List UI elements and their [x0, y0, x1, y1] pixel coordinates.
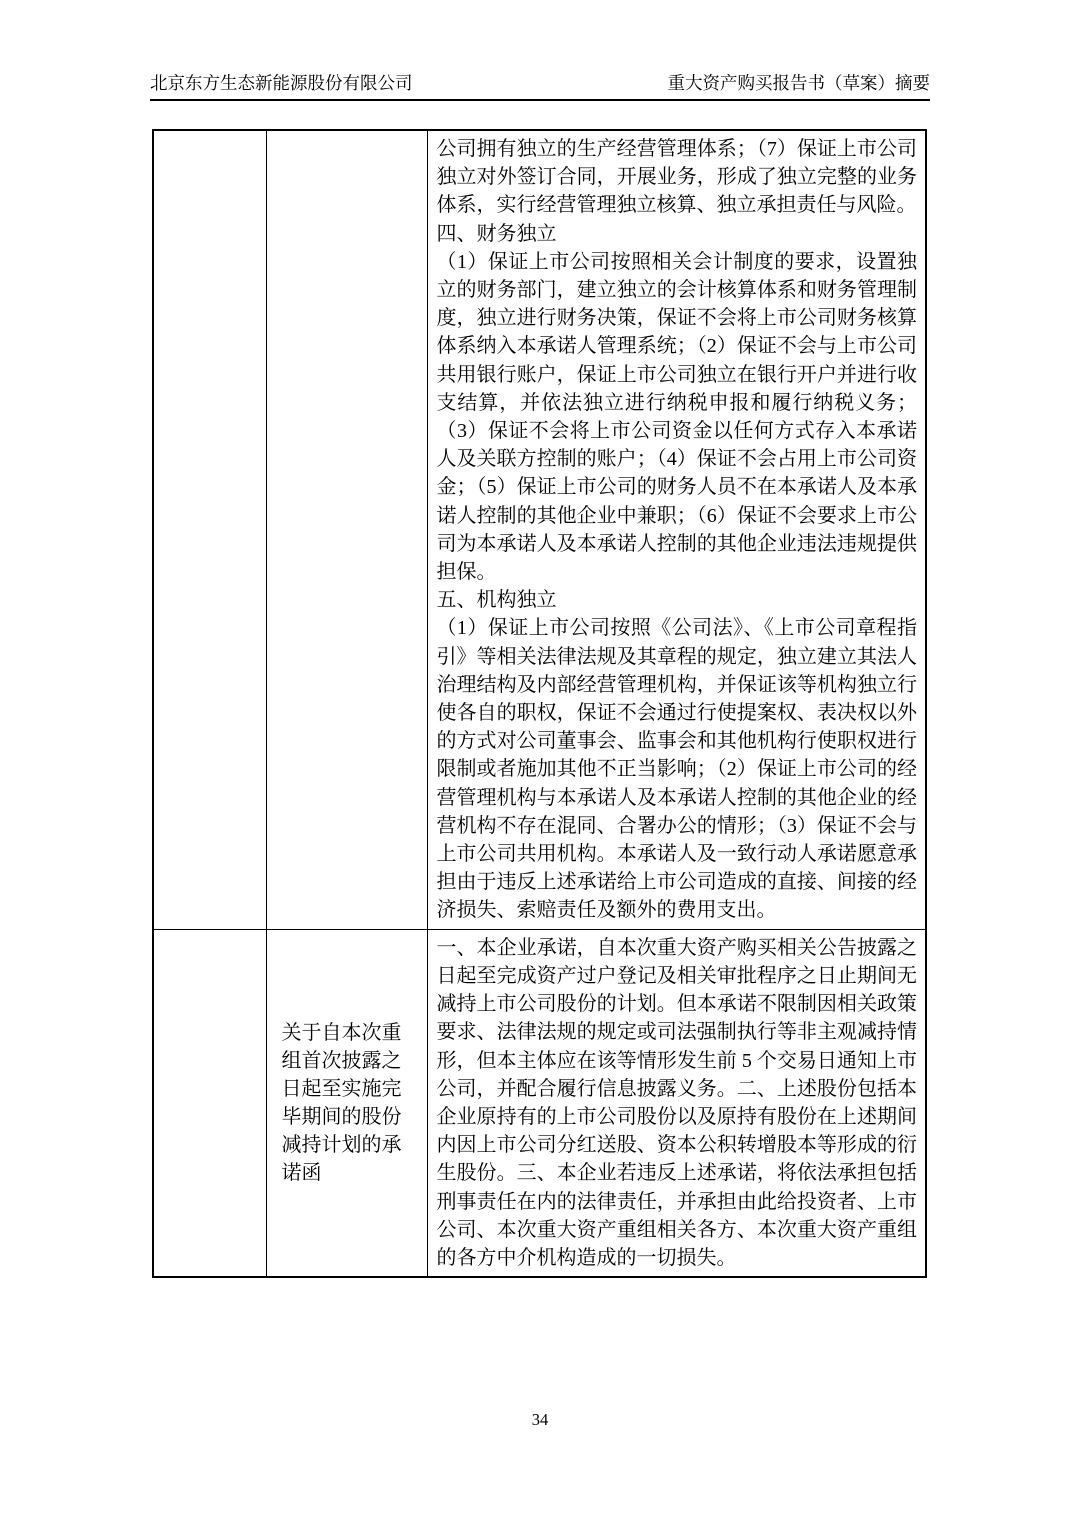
seq-cell-empty	[153, 929, 266, 1277]
seq-cell-empty	[153, 130, 266, 929]
table-row-share-reduction: 关于自本次重组首次披露之日起至实施完毕期间的股份减持计划的承诺函 一、本企业承诺…	[153, 929, 926, 1277]
header-company-name: 北京东方生态新能源股份有限公司	[150, 70, 413, 95]
commitment-title-text: 关于自本次重组首次披露之日起至实施完毕期间的股份减持计划的承诺函	[266, 929, 427, 1277]
page-footer: 34	[0, 1410, 1080, 1430]
page-number: 34	[532, 1410, 549, 1429]
commitment-title-cell-empty	[266, 130, 427, 929]
page-header: 北京东方生态新能源股份有限公司 重大资产购买报告书（草案）摘要	[150, 70, 930, 101]
commitments-table: 公司拥有独立的生产经营管理体系；（7）保证上市公司独立对外签订合同，开展业务，形…	[152, 129, 927, 1278]
commitment-content-text: 公司拥有独立的生产经营管理体系；（7）保证上市公司独立对外签订合同，开展业务，形…	[427, 130, 926, 929]
table-row-continued: 公司拥有独立的生产经营管理体系；（7）保证上市公司独立对外签订合同，开展业务，形…	[153, 130, 926, 929]
commitment-content-text: 一、本企业承诺，自本次重大资产购买相关公告披露之日起至完成资产过户登记及相关审批…	[427, 929, 926, 1277]
document-page: 北京东方生态新能源股份有限公司 重大资产购买报告书（草案）摘要 公司拥有独立的生…	[0, 0, 1080, 1527]
header-report-title: 重大资产购买报告书（草案）摘要	[668, 70, 931, 95]
